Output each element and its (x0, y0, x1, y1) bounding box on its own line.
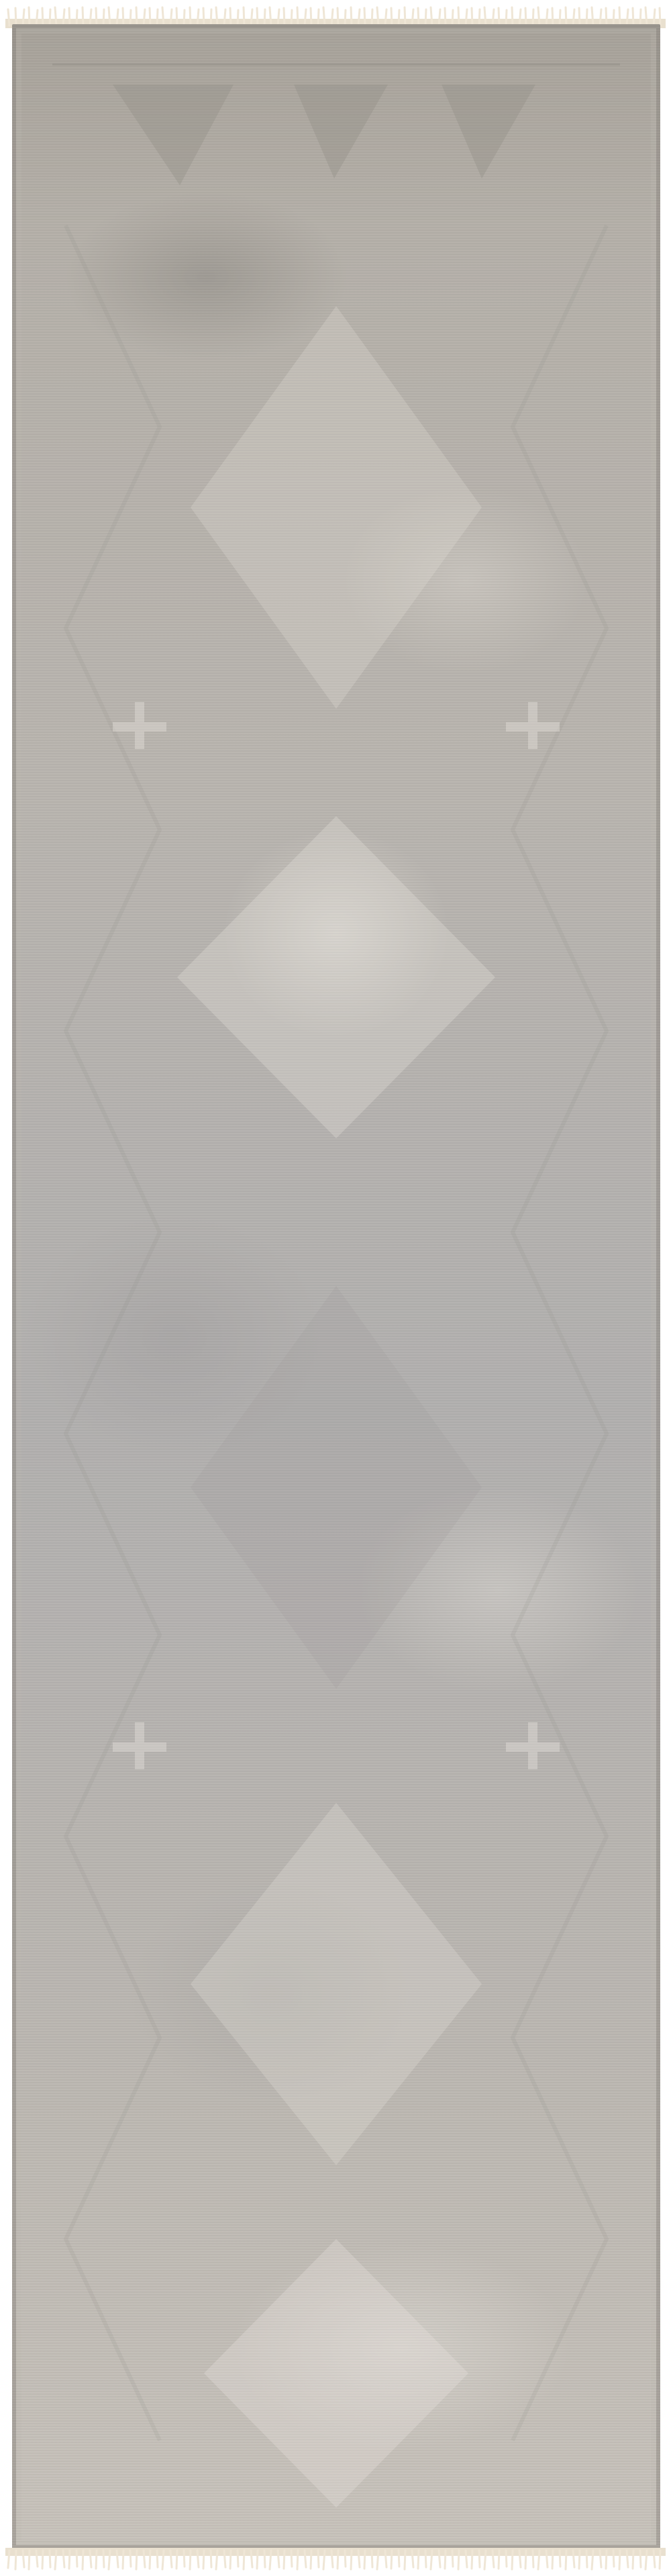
rug-pattern (12, 24, 660, 2549)
runner-rug (12, 24, 660, 2549)
bottom-fringe (5, 2548, 666, 2571)
